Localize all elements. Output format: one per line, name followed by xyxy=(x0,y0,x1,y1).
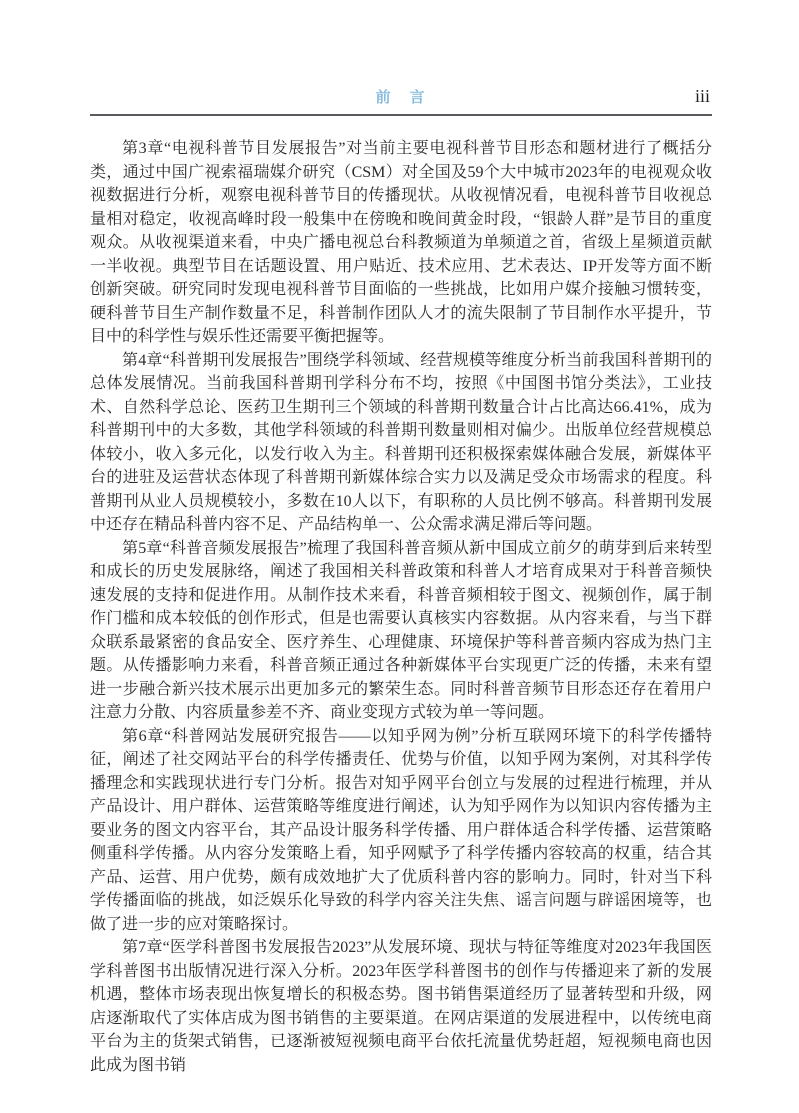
page-content: 前 言 iii 第3章“电视科普节目发展报告”对当前主要电视科普节目形态和题材进… xyxy=(90,86,712,1077)
section-title: 前 言 xyxy=(90,86,712,107)
paragraph-chapter7: 第7章“医学科普图书发展报告2023”从发展环境、现状与特征等维度对2023年我… xyxy=(90,936,712,1077)
page-header: 前 言 iii xyxy=(90,86,712,116)
document-page: 前 言 iii 第3章“电视科普节目发展报告”对当前主要电视科普节目形态和题材进… xyxy=(0,0,799,1113)
paragraph-chapter3: 第3章“电视科普节目发展报告”对当前主要电视科普节目形态和题材进行了概括分类，通… xyxy=(90,137,712,349)
paragraph-chapter6: 第6章“科普网站发展研究报告——以知乎网为例”分析互联网环境下的科学传播特征，阐… xyxy=(90,725,712,937)
paragraph-chapter4: 第4章“科普期刊发展报告”围绕学科领域、经营规模等维度分析当前我国科普期刊的总体… xyxy=(90,349,712,537)
body-text: 第3章“电视科普节目发展报告”对当前主要电视科普节目形态和题材进行了概括分类，通… xyxy=(90,137,712,1077)
page-number: iii xyxy=(695,86,710,106)
paragraph-chapter5: 第5章“科普音频发展报告”梳理了我国科普音频从新中国成立前夕的萌芽到后来转型和成… xyxy=(90,537,712,725)
